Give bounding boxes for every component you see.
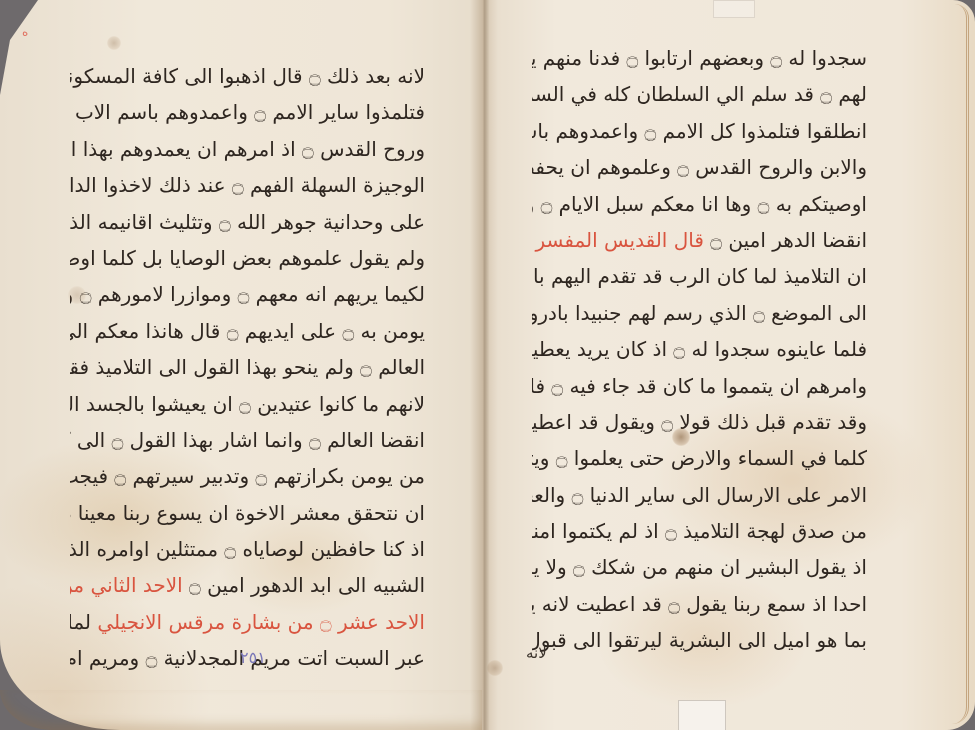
manuscript-line: ان نتحقق معشر الاخوة ان يسوع ربنا معينا …: [70, 495, 425, 531]
paper-repair-tab: [713, 0, 755, 18]
manuscript-line: لكيما يريهم انه معهم ۝ وموازرا لامورهم ۝…: [70, 276, 425, 312]
manuscript-line: بما هو اميل الى البشرية ليرتقوا الى قبول…: [532, 622, 867, 658]
manuscript-line: ان التلاميذ لما كان الرب قد تقدم اليهم ب…: [532, 258, 867, 294]
manuscript-line: فلما عاينوه سجدوا له ۝ اذ كان يريد يعطيه…: [532, 331, 867, 367]
rubric-heading: الاحد الثاني من: [70, 573, 183, 597]
foxing-stain: [672, 428, 690, 446]
manuscript-line: لانه بعد ذلك ۝ قال اذهبوا الى كافة المسك…: [70, 58, 425, 94]
manuscript-line: ولم يقول علموهم بعض الوصايا بل كلما اوصي…: [70, 240, 425, 276]
paper-repair-tab: [678, 700, 726, 730]
manuscript-line: اذ يقول البشير ان منهم من شكك ۝ ولا يدهش: [532, 549, 867, 585]
manuscript-line-with-rubric: الاحد عشر ۝ من بشارة مرقس الانجيلي لما ا…: [70, 604, 425, 640]
foxing-stain: [107, 36, 121, 50]
manuscript-line: اوصيتكم به ۝ وها انا معكم سبل الايام ۝ و…: [532, 186, 867, 222]
manuscript-line-with-rubric: الشبيه الى ابد الدهور امين ۝ الاحد الثان…: [70, 567, 425, 603]
manuscript-line-with-rubric: انقضا الدهر امين ۝ قال القديس المفسر ۝: [532, 222, 867, 258]
left-page: ﻩ لانه بعد ذلك ۝ قال اذهبوا الى كافة الم…: [0, 0, 484, 730]
manuscript-line: يومن به ۝ على ايديهم ۝ قال هانذا معكم ال…: [70, 313, 425, 349]
right-page: سجدوا له ۝ وبعضهم ارتابوا ۝ فدنا منهم يس…: [482, 0, 975, 730]
manuscript-line: من يومن بكرازتهم ۝ وتدبير سيرتهم ۝ فيجب …: [70, 458, 425, 494]
manuscript-line: احدا اذ سمع ربنا يقول ۝ قد اعطيت لانه يخ…: [532, 586, 867, 622]
manuscript-line: سجدوا له ۝ وبعضهم ارتابوا ۝ فدنا منهم يس…: [532, 40, 867, 76]
manuscript-line: وروح القدس ۝ اذ امرهم ان يعمدوهم بهذا ال…: [70, 131, 425, 167]
catchword: لانه: [526, 644, 547, 662]
manuscript-line: كلما في السماء والارض حتى يعلموا ۝ ويتحق…: [532, 440, 867, 476]
rubric-heading: قال القديس المفسر ۝: [532, 228, 704, 252]
manuscript-line: لهم ۝ قد سلم الي السلطان كله في السما وف…: [532, 76, 867, 112]
manuscript-line: من صدق لهجة التلاميذ ۝ اذ لم يكتموا امنا…: [532, 513, 867, 549]
binding-gutter: [470, 0, 498, 730]
manuscript-line: وقد تقدم قبل ذلك قولا ۝ ويقول قد اعطيت ك…: [532, 404, 867, 440]
manuscript-line: وامرهم ان يتمموا ما كان قد جاء فيه ۝ فاص…: [532, 368, 867, 404]
manuscript-line: الامر على الارسال الى ساير الدنيا ۝ والع…: [532, 477, 867, 513]
manuscript-line: انقضا العالم ۝ وانما اشار بهذا القول ۝ ا…: [70, 422, 425, 458]
corner-mark: ﻩ: [22, 25, 28, 39]
manuscript-line: الى الموضع ۝ الذي رسم لهم جنبيدا بادروا …: [532, 295, 867, 331]
folio-number: ٢٥١: [240, 648, 266, 667]
right-text-block: سجدوا له ۝ وبعضهم ارتابوا ۝ فدنا منهم يس…: [532, 40, 867, 659]
manuscript-line: انطلقوا فتلمذوا كل الامم ۝ واعمدوهم باسم…: [532, 113, 867, 149]
rubric-heading: الاحد عشر ۝ من بشارة مرقس الانجيلي: [97, 610, 425, 634]
left-text-block: لانه بعد ذلك ۝ قال اذهبوا الى كافة المسك…: [70, 58, 425, 677]
manuscript-line: العالم ۝ ولم ينحو بهذا القول الى التلامي…: [70, 349, 425, 385]
manuscript-line: لانهم ما كانوا عتيدين ۝ ان يعيشوا بالجسد…: [70, 386, 425, 422]
manuscript-line: فتلمذوا ساير الامم ۝ واعمدوهم باسم الاب …: [70, 94, 425, 130]
manuscript-line: على وحدانية جوهر الله ۝ وتثليث اقانيمه ا…: [70, 204, 425, 240]
manuscript-spread: ﻩ لانه بعد ذلك ۝ قال اذهبوا الى كافة الم…: [0, 0, 975, 730]
foxing-stain: [68, 286, 86, 304]
manuscript-line: الوجيزة السهلة الفهم ۝ عند ذلك لاخذوا ال…: [70, 167, 425, 203]
manuscript-line: والابن والروح القدس ۝ وعلموهم ان يحفظوا …: [532, 149, 867, 185]
manuscript-line: اذ كنا حافظين لوصاياه ۝ ممتثلين اوامره ا…: [70, 531, 425, 567]
